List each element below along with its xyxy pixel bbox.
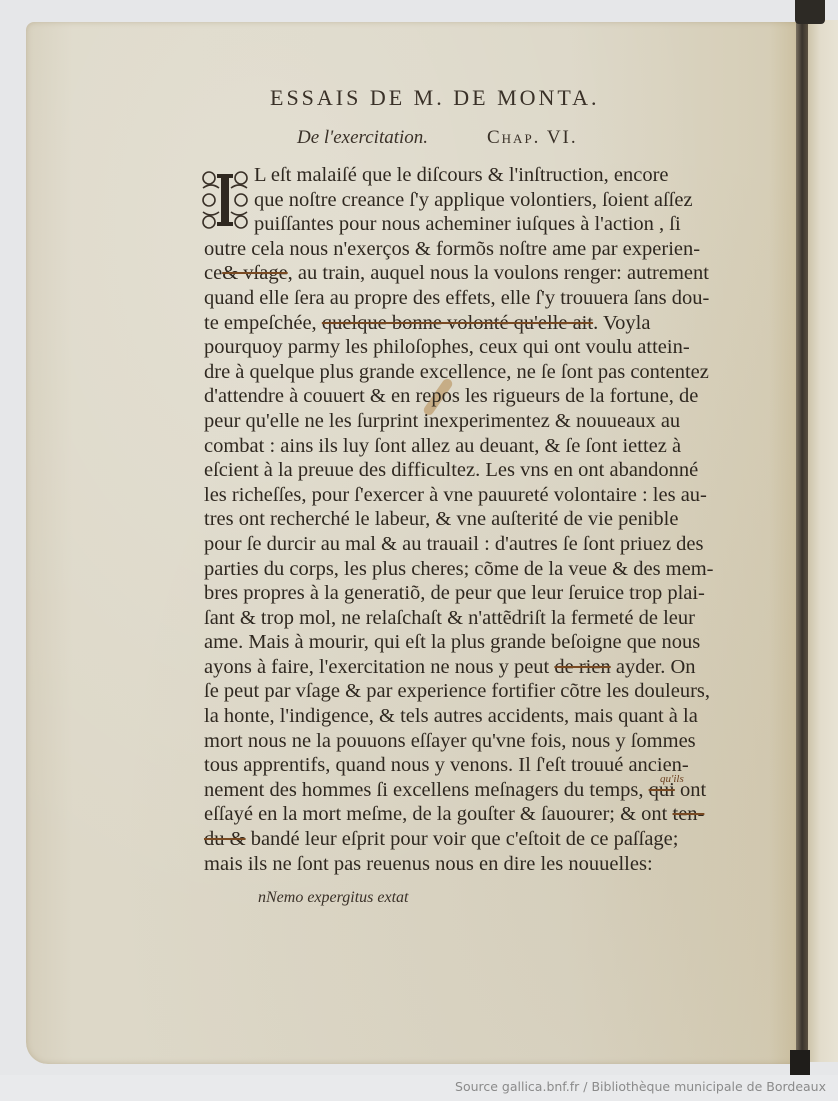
text-line: mort nous ne la pouuons eſſayer qu'vne f… bbox=[204, 729, 794, 754]
line-text: , au train, auquel nous la voulons renge… bbox=[288, 262, 709, 284]
text-line: peur qu'elle ne les ſurprint inexperimen… bbox=[204, 409, 794, 434]
text-line: pourquoy parmy les philoſophes, ceux qui… bbox=[204, 335, 794, 360]
ornamental-drop-cap-icon bbox=[198, 167, 252, 233]
chapter-number: Chap. VI. bbox=[487, 127, 578, 149]
text-line: tres ont recherché le labeur, & vne auſt… bbox=[204, 507, 794, 532]
chapter-heading: De l'exercitation. Chap. VI. bbox=[297, 127, 717, 149]
running-head: ESSAIS DE M. DE MONTA. bbox=[270, 85, 690, 111]
binding-bottom bbox=[790, 1050, 810, 1075]
text-line: mais ils ne ſont pas reuenus nous en dir… bbox=[204, 852, 794, 877]
line-text: bandé leur eſprit pour voir que c'eſtoit… bbox=[246, 828, 679, 850]
handwritten-margin-note: qu'ils bbox=[660, 773, 684, 785]
line-text: ce bbox=[204, 262, 222, 284]
text-line: ſe peut par vſage & par experience forti… bbox=[204, 679, 794, 704]
struck-through-text: & vſage bbox=[222, 262, 287, 284]
line-text: nement des hommes ſi excellens meſnagers… bbox=[204, 779, 649, 801]
line-text: ayder. On bbox=[611, 656, 696, 678]
text-line: ayons à faire, l'exercitation ne nous y … bbox=[204, 655, 794, 680]
text-lines: L eſt malaiſé que le diſcours & l'inſtru… bbox=[204, 163, 794, 876]
text-line: d'attendre à couuert & en repos les rigu… bbox=[204, 384, 794, 409]
text-line: pour ſe durcir au mal & au trauail : d'a… bbox=[204, 532, 794, 557]
text-line: tous apprentifs, quand nous y venons. Il… bbox=[204, 753, 794, 778]
latin-verse: nNemo expergitus extat bbox=[258, 889, 408, 907]
facing-page-edge bbox=[808, 20, 838, 1062]
source-attribution: Source gallica.bnf.fr / Bibliothèque mun… bbox=[455, 1079, 826, 1094]
struck-through-text: de rien bbox=[554, 656, 610, 678]
text-line: ſant & trop mol, ne relaſchaſt & n'attẽd… bbox=[204, 606, 794, 631]
essay-body: L eſt malaiſé que le diſcours & l'inſtru… bbox=[204, 163, 794, 876]
text-line: ame. Mais à mourir, qui eſt la plus gran… bbox=[204, 630, 794, 655]
struck-through-text: ten- bbox=[673, 803, 705, 825]
line-text: . Voyla bbox=[593, 312, 650, 334]
text-line: L eſt malaiſé que le diſcours & l'inſtru… bbox=[204, 163, 794, 188]
text-line: outre cela nous n'exerços & formõs noſtr… bbox=[204, 237, 794, 262]
chapter-title: De l'exercitation. bbox=[297, 127, 428, 148]
text-line: eſſayé en la mort meſme, de la gouſter &… bbox=[204, 802, 794, 827]
text-line: la honte, l'indigence, & tels autres acc… bbox=[204, 704, 794, 729]
text-line: nement des hommes ſi excellens meſnagers… bbox=[204, 778, 794, 803]
text-line: du & bandé leur eſprit pour voir que c'e… bbox=[204, 827, 794, 852]
line-text: eſſayé en la mort meſme, de la gouſter &… bbox=[204, 803, 673, 825]
text-line: que noſtre creance ſ'y applique volontie… bbox=[204, 188, 794, 213]
book-gutter bbox=[796, 18, 808, 1068]
text-line: parties du corps, les plus cheres; cõme … bbox=[204, 557, 794, 582]
line-text: ayons à faire, l'exercitation ne nous y … bbox=[204, 656, 554, 678]
text-line: les richeſſes, pour ſ'exercer à vne pauu… bbox=[204, 483, 794, 508]
line-text: te empeſchée, bbox=[204, 312, 322, 334]
text-line: dre à quelque plus grande excellence, ne… bbox=[204, 360, 794, 385]
scanned-page-image: ESSAIS DE M. DE MONTA. De l'exercitation… bbox=[0, 0, 838, 1075]
text-line: te empeſchée, quelque bonne volonté qu'e… bbox=[204, 311, 794, 336]
text-line: eſcient à la preuue des difficultez. Les… bbox=[204, 458, 794, 483]
text-line: puiſſantes pour nous acheminer iuſques à… bbox=[204, 212, 794, 237]
text-line: quand elle ſera au propre des effets, el… bbox=[204, 286, 794, 311]
binding-top bbox=[795, 0, 825, 24]
text-line: ce& vſage, au train, auquel nous la voul… bbox=[204, 261, 794, 286]
struck-through-text: quelque bonne volonté qu'elle ait bbox=[322, 312, 593, 334]
struck-through-text: du & bbox=[204, 828, 246, 850]
text-line: bres propres à la generatiõ, de peur que… bbox=[204, 581, 794, 606]
text-line: combat : ains ils luy ſont allez au deua… bbox=[204, 434, 794, 459]
